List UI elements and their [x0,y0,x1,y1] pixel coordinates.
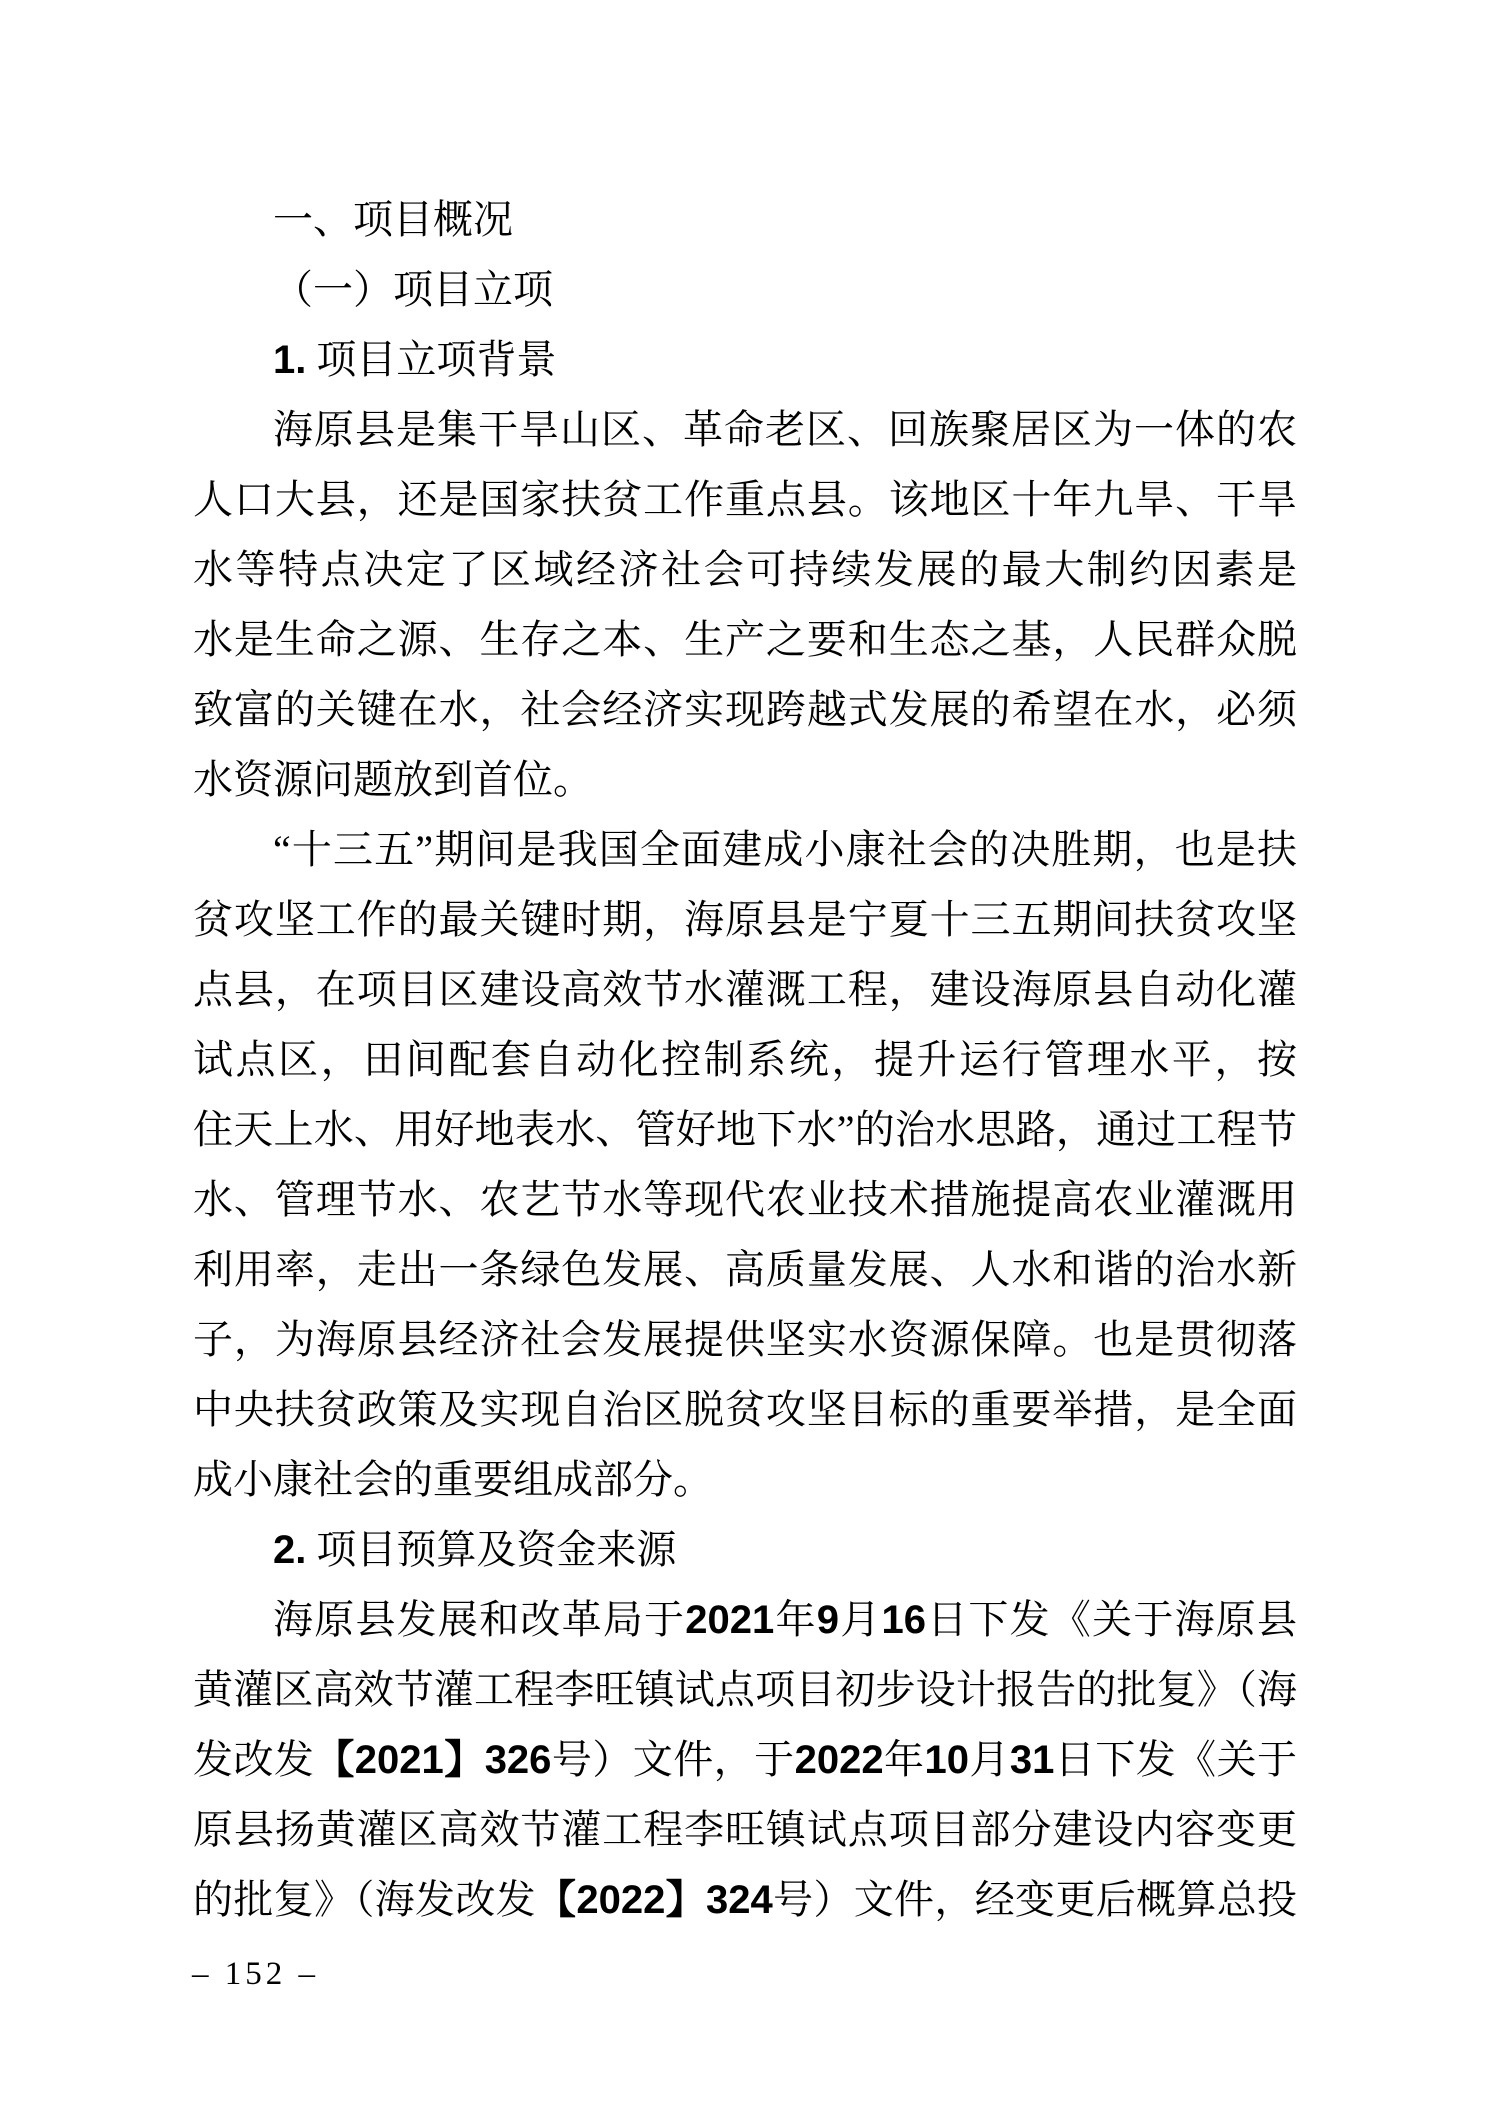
text-line: 试点区，田间配套自动化控制系统，提升运行管理水平，按照“蓄 [193,1025,1297,1095]
page-number: – 152 – [192,1952,319,1996]
text-line: 原县扬黄灌区高效节灌工程李旺镇试点项目部分建设内容变更 [193,1795,1297,1865]
heading3: 2. 项目预算及资金来源 [193,1515,1297,1585]
text-line: 海原县是集干旱山区、革命老区、回族聚居区为一体的农业 [193,395,1297,465]
text-line: 水是生命之源、生存之本、生产之要和生态之基，人民群众脱贫 [193,605,1297,675]
text-line: 黄灌区高效节灌工程李旺镇试点项目初步设计报告的批复》（海 [193,1655,1297,1725]
text-line: 发改发【2021】326号）文件，于2022年10月31日下发《关于海 [193,1725,1297,1795]
text-line: 海原县发展和改革局于2021年9月16日下发《关于海原县扬 [193,1585,1297,1655]
text-line: 致富的关键在水，社会经济实现跨越式发展的希望在水，必须把 [193,675,1297,745]
document-page: 一、项目概况（一）项目立项1. 项目立项背景海原县是集干旱山区、革命老区、回族聚… [0,0,1488,2104]
text-line: 人口大县，还是国家扶贫工作重点县。该地区十年九旱、干旱缺 [193,465,1297,535]
heading2: （一）项目立项 [193,255,1297,325]
heading3: 1. 项目立项背景 [193,325,1297,395]
text-line: 住天上水、用好地表水、管好地下水”的治水思路，通过工程节 [193,1095,1297,1165]
text-line: 点县，在项目区建设高效节水灌溉工程，建设海原县自动化灌溉 [193,955,1297,1025]
heading1: 一、项目概况 [193,185,1297,255]
text-line: 贫攻坚工作的最关键时期，海原县是宁夏十三五期间扶贫攻坚重 [193,885,1297,955]
document-body: 一、项目概况（一）项目立项1. 项目立项背景海原县是集干旱山区、革命老区、回族聚… [193,185,1297,1935]
text-line: “十三五”期间是我国全面建成小康社会的决胜期，也是扶 [193,815,1297,885]
text-line: 水、管理节水、农艺节水等现代农业技术措施提高农业灌溉用水 [193,1165,1297,1235]
text-line: 中央扶贫政策及实现自治区脱贫攻坚目标的重要举措，是全面建 [193,1375,1297,1445]
text-line: 的批复》（海发改发【2022】324号）文件，经变更后概算总投 [193,1865,1297,1935]
text-line: 水资源问题放到首位。 [193,745,1297,815]
text-line: 子，为海原县经济社会发展提供坚实水资源保障。也是贯彻落实 [193,1305,1297,1375]
text-line: 利用率，走出一条绿色发展、高质量发展、人水和谐的治水新路 [193,1235,1297,1305]
text-line: 水等特点决定了区域经济社会可持续发展的最大制约因素是水， [193,535,1297,605]
text-line: 成小康社会的重要组成部分。 [193,1445,1297,1515]
